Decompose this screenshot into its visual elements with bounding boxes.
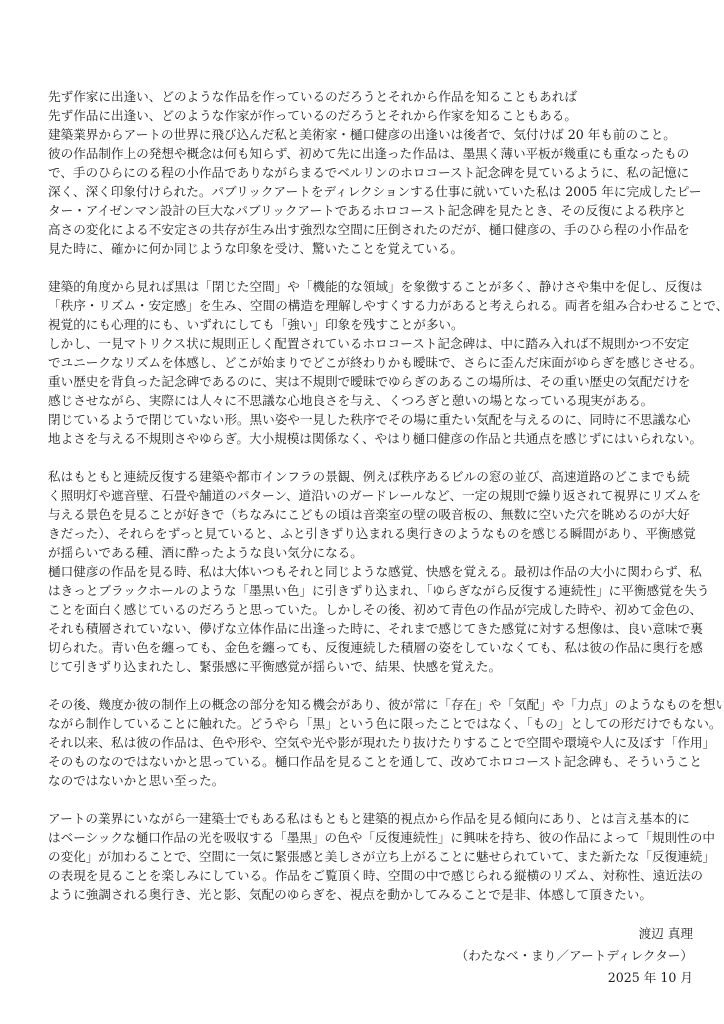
paragraph: 先ず作家に出逢い、どのような作品を作っているのだろうとそれから作品を知ることもあ… — [48, 87, 693, 258]
document-page: 先ず作家に出逢い、どのような作品を作っているのだろうとそれから作品を知ることもあ… — [0, 0, 724, 1024]
text-line: でユニークなリズムを体感し、どこが始まりでどこが終わりかも曖昧で、さらに歪んだ床… — [48, 353, 693, 372]
text-line: じて引きずり込まれたし、緊張感に平衡感覚が揺らいで、結果、快感を覚えた。 — [48, 657, 693, 676]
paragraphs-container: 先ず作家に出逢い、どのような作品を作っているのだろうとそれから作品を知ることもあ… — [48, 87, 693, 904]
text-line: ター・アイゼンマン設計の巨大なパブリックアートであるホロコースト記念碑を見たとき… — [48, 201, 693, 220]
text-line: 与える景色を見ることが好きで（ちなみにこどもの頃は音楽室の壁の吸音板の、無数に空… — [48, 505, 693, 524]
text-line: の表現を見ることを楽しみにしている。作品をご覧頂く時、空間の中で感じられる縦横の… — [48, 866, 693, 885]
signature-kana: （わたなべ・まり／アートディレクター） — [48, 945, 693, 967]
text-line: 地よさを与える不規則さやゆらぎ。大小規模は関係なく、やはり樋口健彦の作品と共通点… — [48, 429, 693, 448]
text-line: なのではないかと思い至った。 — [48, 771, 693, 790]
text-line: ことを面白く感じているのだろうと思っていた。しかしその後、初めて青色の作品が完成… — [48, 600, 693, 619]
text-line: 建築業界からアートの世界に飛び込んだ私と美術家・樋口健彦の出逢いは後者で、気付け… — [48, 125, 693, 144]
text-line: ように強調される奥行き、光と影、気配のゆらぎを、視点を動かしてみることで是非、体… — [48, 885, 693, 904]
paragraph: アートの業界にいながら一建築士でもある私はもともと建築的視点から作品を見る傾向に… — [48, 809, 693, 904]
text-line: ながら制作していることに触れた。どうやら「黒」という色に限ったことではなく、「も… — [48, 714, 693, 733]
text-line: それ以来、私は彼の作品は、色や形や、空気や光や影が現れたり抜けたりすることで空間… — [48, 733, 693, 752]
text-line: 重い歴史を背負った記念碑であるのに、実は不規則で曖昧でゆらぎのあるこの場所は、そ… — [48, 372, 693, 391]
text-line: 感じさせながら、実際には人々に不思議な心地良さを与え、くつろぎと憩いの場となって… — [48, 391, 693, 410]
text-line: 先ず作品に出逢い、どのような作家が作っているのだろうとそれから作家を知ることもあ… — [48, 106, 693, 125]
text-line: はベーシックな樋口作品の光を吸収する「墨黒」の色や「反復連続性」に興味を持ち、彼… — [48, 828, 693, 847]
signature-block: 渡辺 真理 （わたなべ・まり／アートディレクター） 2025 年 10 月 — [48, 923, 693, 988]
paragraph: 建築的角度から見れば黒は「閉じた空間」や「機能的な領域」を象徴することが多く、静… — [48, 277, 693, 448]
text-line: 「秩序・リズム・安定感」を生み、空間の構造を理解しやすくする力があると考えられる… — [48, 296, 693, 315]
signature-date: 2025 年 10 月 — [48, 967, 693, 989]
text-line: アートの業界にいながら一建築士でもある私はもともと建築的視点から作品を見る傾向に… — [48, 809, 693, 828]
text-line: 建築的角度から見れば黒は「閉じた空間」や「機能的な領域」を象徴することが多く、静… — [48, 277, 693, 296]
text-line: しかし、一見マトリクス状に規則正しく配置されているホロコースト記念碑は、中に踏み… — [48, 334, 693, 353]
text-line: が揺らいである種、酒に酔ったような良い気分になる。 — [48, 543, 693, 562]
text-line: で、手のひらにのる程の小作品でありながらまるでベルリンのホロコースト記念碑を見て… — [48, 163, 693, 182]
text-line: 切られた。青い色を纏っても、金色を纏っても、反復連続した積層の姿をしていなくても… — [48, 638, 693, 657]
paragraph: その後、幾度か彼の制作上の概念の部分を知る機会があり、彼が常に「存在」や「気配」… — [48, 695, 693, 790]
text-line: 私はもともと連続反復する建築や都市インフラの景観、例えば秩序あるビルの窓の並び、… — [48, 467, 693, 486]
text-line: 高さの変化による不安定さの共存が生み出す強烈な空間に圧倒されたのだが、樋口健彦の… — [48, 220, 693, 239]
text-line: の変化」が加わることで、空間に一気に緊張感と美しさが立ち上がることに魅せられてい… — [48, 847, 693, 866]
paragraph: 私はもともと連続反復する建築や都市インフラの景観、例えば秩序あるビルの窓の並び、… — [48, 467, 693, 676]
text-line: 樋口健彦の作品を見る時、私は大体いつもそれと同じような感覚、快感を覚える。最初は… — [48, 562, 693, 581]
text-line: 閉じているようで閉じていない形。黒い姿や一見した秩序でその場に重たい気配を与える… — [48, 410, 693, 429]
text-line: く照明灯や遮音壁、石畳や舗道のパターン、道沿いのガードレールなど、一定の規則で繰… — [48, 486, 693, 505]
text-line: 先ず作家に出逢い、どのような作品を作っているのだろうとそれから作品を知ることもあ… — [48, 87, 693, 106]
text-line: そのものなのではないかと思っている。樋口作品を見ることを通して、改めてホロコース… — [48, 752, 693, 771]
signature-name: 渡辺 真理 — [48, 923, 693, 945]
text-line: それも積層されていない、儚げな立体作品に出逢った時に、それまで感じてきた感覚に対… — [48, 619, 693, 638]
text-line: 見た時に、確かに何か同じような印象を受け、驚いたことを覚えている。 — [48, 239, 693, 258]
text-line: 視覚的にも心理的にも、いずれにしても「強い」印象を残すことが多い。 — [48, 315, 693, 334]
text-line: きだった）、それらをずっと見ていると、ふと引きずり込まれる奥行きのようなものを感… — [48, 524, 693, 543]
document-body: 先ず作家に出逢い、どのような作品を作っているのだろうとそれから作品を知ることもあ… — [48, 87, 693, 988]
text-line: はきっとブラックホールのような「墨黒い色」に引きずり込まれ、「ゆらぎながら反復す… — [48, 581, 693, 600]
text-line: 彼の作品制作上の発想や概念は何も知らず、初めて先に出逢った作品は、墨黒く薄い平板… — [48, 144, 693, 163]
text-line: 深く、深く印象付けられた。パブリックアートをディレクションする仕事に就いていた私… — [48, 182, 693, 201]
text-line: その後、幾度か彼の制作上の概念の部分を知る機会があり、彼が常に「存在」や「気配」… — [48, 695, 693, 714]
